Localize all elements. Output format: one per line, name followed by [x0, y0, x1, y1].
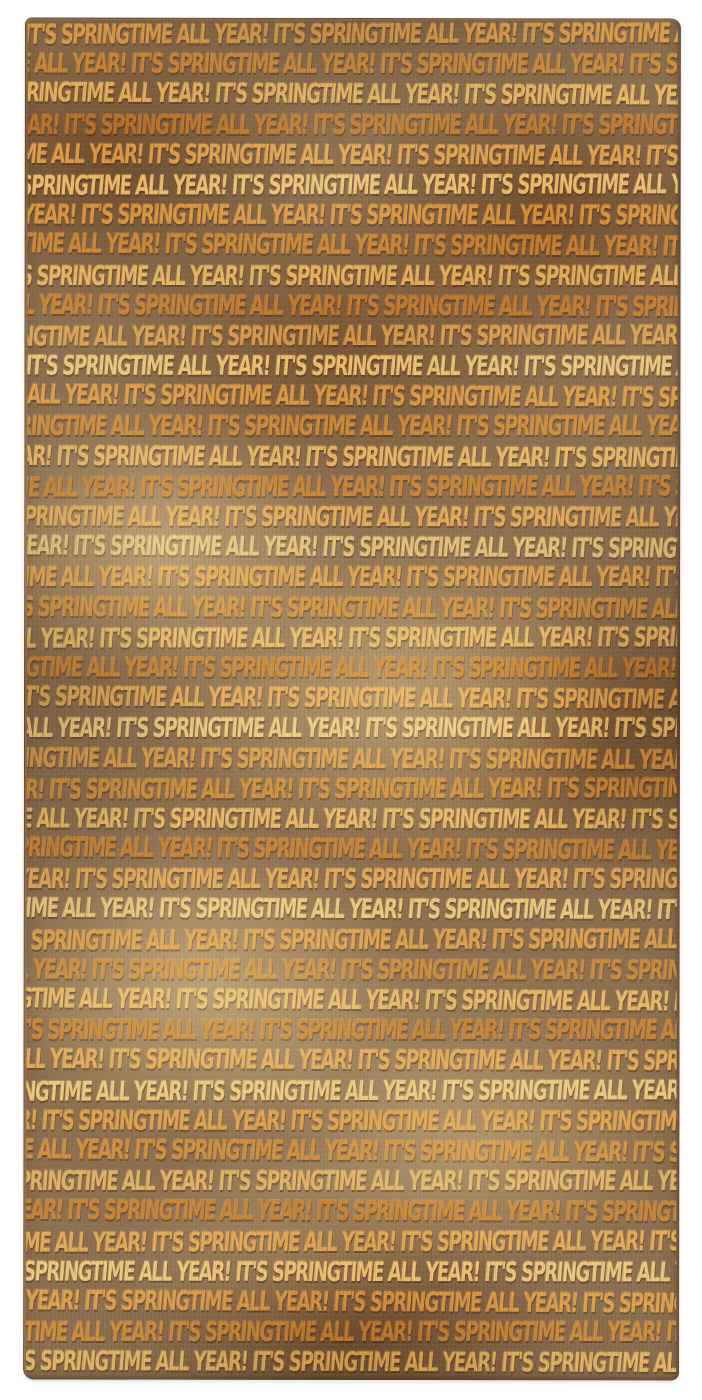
graffiti-text-row: IT'S SPRINGTIME ALL YEAR! IT'S SPRINGTIM…: [28, 140, 678, 172]
graffiti-text-row: IT'S SPRINGTIME ALL YEAR! IT'S SPRINGTIM…: [26, 1227, 676, 1259]
phrase-text: IT'S SPRINGTIME ALL YEAR! IT'S SPRINGTIM…: [26, 563, 678, 594]
graffiti-text-row: IT'S SPRINGTIME ALL YEAR! IT'S SPRINGTIM…: [27, 532, 677, 565]
phrase-text: IT'S SPRINGTIME ALL YEAR! IT'S SPRINGTIM…: [26, 923, 678, 956]
graffiti-text-row: IT'S SPRINGTIME ALL YEAR! IT'S SPRINGTIM…: [26, 1196, 676, 1228]
phrase-text: IT'S SPRINGTIME ALL YEAR! IT'S SPRINGTIM…: [26, 714, 678, 745]
phrase-text: IT'S SPRINGTIME ALL YEAR! IT'S SPRINGTIM…: [26, 653, 678, 685]
graffiti-text-row: IT'S SPRINGTIME ALL YEAR! IT'S SPRINGTIM…: [26, 1045, 676, 1077]
phrase-text: IT'S SPRINGTIME ALL YEAR! IT'S SPRINGTIM…: [26, 1196, 678, 1231]
graffiti-text-row: IT'S SPRINGTIME ALL YEAR! IT'S SPRINGTIM…: [28, 261, 678, 291]
phrase-text: IT'S SPRINGTIME ALL YEAR! IT'S SPRINGTIM…: [26, 471, 678, 504]
graffiti-text-row: IT'S SPRINGTIME ALL YEAR! IT'S SPRINGTIM…: [27, 804, 677, 835]
graffiti-text-row: IT'S SPRINGTIME ALL YEAR! IT'S SPRINGTIM…: [27, 833, 677, 866]
graffiti-text-row: IT'S SPRINGTIME ALL YEAR! IT'S SPRINGTIM…: [27, 412, 677, 442]
graffiti-text-row: IT'S SPRINGTIME ALL YEAR! IT'S SPRINGTIM…: [27, 865, 677, 895]
graffiti-text-row: IT'S SPRINGTIME ALL YEAR! IT'S SPRINGTIM…: [28, 291, 678, 323]
graffiti-text-row: IT'S SPRINGTIME ALL YEAR! IT'S SPRINGTIM…: [27, 894, 677, 926]
graffiti-text-row: IT'S SPRINGTIME ALL YEAR! IT'S SPRINGTIM…: [26, 1106, 676, 1137]
phrase-text: IT'S SPRINGTIME ALL YEAR! IT'S SPRINGTIM…: [26, 1045, 678, 1080]
phrase-text: IT'S SPRINGTIME ALL YEAR! IT'S SPRINGTIM…: [26, 622, 678, 655]
graffiti-text-row: IT'S SPRINGTIME ALL YEAR! IT'S SPRINGTIM…: [28, 201, 678, 232]
graffiti-text-row: IT'S SPRINGTIME ALL YEAR! IT'S SPRINGTIM…: [27, 743, 677, 775]
graffiti-text-row: IT'S SPRINGTIME ALL YEAR! IT'S SPRINGTIM…: [27, 593, 677, 625]
graffiti-text-row: IT'S SPRINGTIME ALL YEAR! IT'S SPRINGTIM…: [27, 984, 677, 1017]
phrase-text: IT'S SPRINGTIME ALL YEAR! IT'S SPRINGTIM…: [26, 955, 678, 987]
graffiti-text-row: IT'S SPRINGTIME ALL YEAR! IT'S SPRINGTIM…: [28, 170, 678, 202]
phrase-text: IT'S SPRINGTIME ALL YEAR! IT'S SPRINGTIM…: [26, 110, 678, 141]
phrase-text: IT'S SPRINGTIME ALL YEAR! IT'S SPRINGTIM…: [26, 865, 678, 896]
graffiti-text-row: IT'S SPRINGTIME ALL YEAR! IT'S SPRINGTIM…: [27, 714, 677, 744]
graffiti-text-row: IT'S SPRINGTIME ALL YEAR! IT'S SPRINGTIM…: [27, 381, 677, 414]
artwork-photo: IT'S SPRINGTIME ALL YEAR! IT'S SPRINGTIM…: [0, 0, 702, 1400]
graffiti-text-row: IT'S SPRINGTIME ALL YEAR! IT'S SPRINGTIM…: [28, 230, 678, 263]
graffiti-text-row: IT'S SPRINGTIME ALL YEAR! IT'S SPRINGTIM…: [28, 110, 678, 140]
graffiti-text-row: IT'S SPRINGTIME ALL YEAR! IT'S SPRINGTIM…: [28, 20, 678, 51]
graffiti-text-row: IT'S SPRINGTIME ALL YEAR! IT'S SPRINGTIM…: [28, 79, 678, 112]
graffiti-text-row: IT'S SPRINGTIME ALL YEAR! IT'S SPRINGTIM…: [27, 955, 677, 986]
graffiti-text-row: IT'S SPRINGTIME ALL YEAR! IT'S SPRINGTIM…: [26, 1257, 676, 1288]
graffiti-text-row: IT'S SPRINGTIME ALL YEAR! IT'S SPRINGTIM…: [26, 1167, 676, 1197]
graffiti-text-row: IT'S SPRINGTIME ALL YEAR! IT'S SPRINGTIM…: [27, 1016, 677, 1046]
graffiti-text-row: IT'S SPRINGTIME ALL YEAR! IT'S SPRINGTIM…: [27, 352, 677, 383]
phrase-text: IT'S SPRINGTIME ALL YEAR! IT'S SPRINGTIM…: [26, 261, 678, 292]
graffiti-text-row: IT'S SPRINGTIME ALL YEAR! IT'S SPRINGTIM…: [27, 653, 677, 684]
graffiti-text-row: IT'S SPRINGTIME ALL YEAR! IT'S SPRINGTIM…: [27, 442, 677, 474]
graffiti-text-row: IT'S SPRINGTIME ALL YEAR! IT'S SPRINGTIM…: [26, 1318, 676, 1348]
phrase-text: IT'S SPRINGTIME ALL YEAR! IT'S SPRINGTIM…: [26, 1167, 678, 1198]
graffiti-text-row: IT'S SPRINGTIME ALL YEAR! IT'S SPRINGTIM…: [27, 503, 677, 534]
phrase-text: IT'S SPRINGTIME ALL YEAR! IT'S SPRINGTIM…: [26, 1016, 678, 1047]
graffiti-text-row: IT'S SPRINGTIME ALL YEAR! IT'S SPRINGTIM…: [26, 1286, 676, 1319]
phrase-text: IT'S SPRINGTIME ALL YEAR! IT'S SPRINGTIM…: [26, 1347, 678, 1378]
textile-artwork: IT'S SPRINGTIME ALL YEAR! IT'S SPRINGTIM…: [23, 18, 681, 1381]
graffiti-text-row: IT'S SPRINGTIME ALL YEAR! IT'S SPRINGTIM…: [27, 472, 677, 504]
phrase-text: IT'S SPRINGTIME ALL YEAR! IT'S SPRINGTIM…: [26, 773, 678, 806]
graffiti-text-row: IT'S SPRINGTIME ALL YEAR! IT'S SPRINGTIM…: [28, 50, 678, 81]
graffiti-text-row: IT'S SPRINGTIME ALL YEAR! IT'S SPRINGTIM…: [27, 321, 677, 353]
phrase-text: IT'S SPRINGTIME ALL YEAR! IT'S SPRINGTIM…: [26, 412, 678, 443]
phrase-text: IT'S SPRINGTIME ALL YEAR! IT'S SPRINGTIM…: [26, 1074, 678, 1107]
graffiti-rows: IT'S SPRINGTIME ALL YEAR! IT'S SPRINGTIM…: [26, 20, 678, 1379]
phrase-text: IT'S SPRINGTIME ALL YEAR! IT'S SPRINGTIM…: [26, 320, 678, 353]
graffiti-text-row: IT'S SPRINGTIME ALL YEAR! IT'S SPRINGTIM…: [27, 925, 677, 957]
phrase-text: IT'S SPRINGTIME ALL YEAR! IT'S SPRINGTIM…: [26, 200, 678, 232]
graffiti-text-row: IT'S SPRINGTIME ALL YEAR! IT'S SPRINGTIM…: [26, 1076, 676, 1108]
graffiti-text-row: IT'S SPRINGTIME ALL YEAR! IT'S SPRINGTIM…: [27, 683, 677, 716]
graffiti-text-row: IT'S SPRINGTIME ALL YEAR! IT'S SPRINGTIM…: [27, 563, 677, 593]
phrase-text: IT'S SPRINGTIME ALL YEAR! IT'S SPRINGTIM…: [26, 1318, 678, 1349]
phrase-text: IT'S SPRINGTIME ALL YEAR! IT'S SPRINGTIM…: [26, 1257, 678, 1289]
phrase-text: IT'S SPRINGTIME ALL YEAR! IT'S SPRINGTIM…: [26, 1106, 678, 1138]
phrase-text: IT'S SPRINGTIME ALL YEAR! IT'S SPRINGTIM…: [26, 804, 678, 836]
phrase-text: IT'S SPRINGTIME ALL YEAR! IT'S SPRINGTIM…: [26, 20, 678, 51]
phrase-text: IT'S SPRINGTIME ALL YEAR! IT'S SPRINGTIM…: [26, 1225, 678, 1258]
graffiti-text-row: IT'S SPRINGTIME ALL YEAR! IT'S SPRINGTIM…: [26, 1347, 676, 1378]
graffiti-text-row: IT'S SPRINGTIME ALL YEAR! IT'S SPRINGTIM…: [27, 623, 677, 655]
phrase-text: IT'S SPRINGTIME ALL YEAR! IT'S SPRINGTIM…: [26, 169, 678, 202]
graffiti-text-row: IT'S SPRINGTIME ALL YEAR! IT'S SPRINGTIM…: [27, 774, 677, 806]
graffiti-text-row: IT'S SPRINGTIME ALL YEAR! IT'S SPRINGTIM…: [26, 1135, 676, 1168]
